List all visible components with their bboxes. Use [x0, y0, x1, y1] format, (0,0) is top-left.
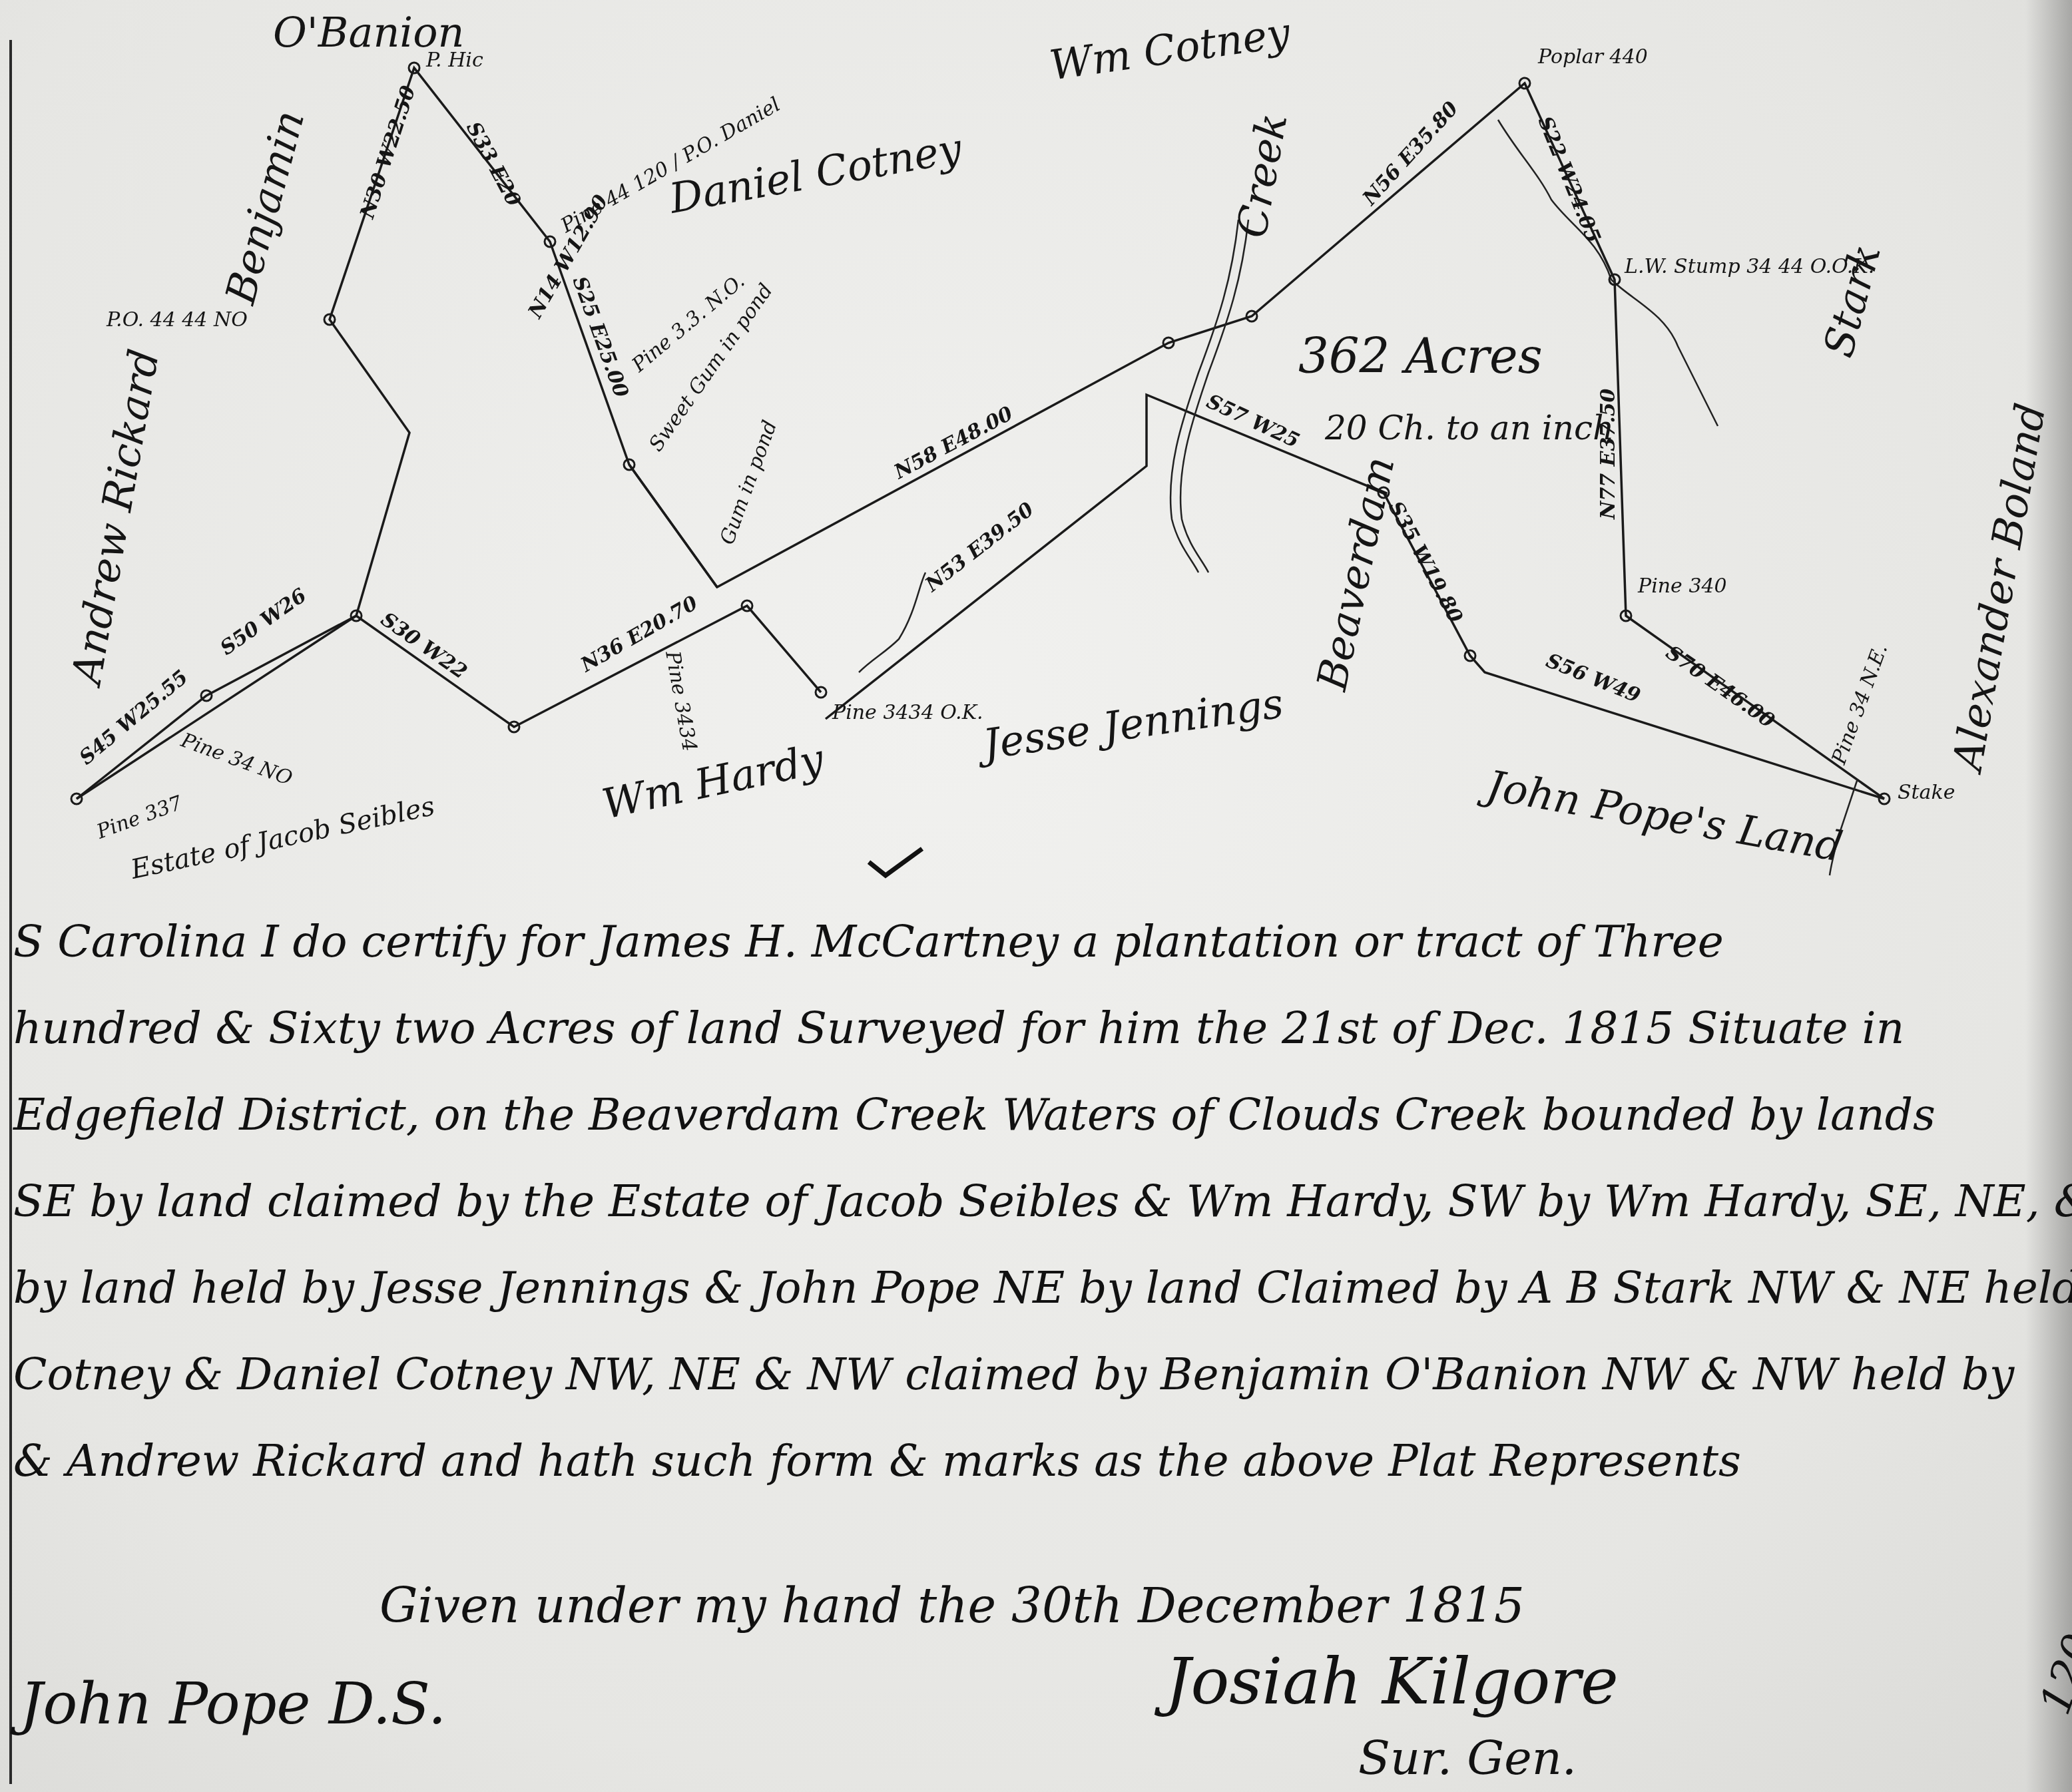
- certificate-line-6: Cotney & Daniel Cotney NW, NE & NW claim…: [13, 1331, 2024, 1418]
- document-page: O'Banion Benjamin Daniel Cotney Wm Cotne…: [0, 0, 2072, 1792]
- note-pine-337: Pine 337: [93, 791, 186, 844]
- call-9: N77 E37.50: [1597, 388, 1620, 520]
- call-5: N53 E39.50: [921, 498, 1039, 597]
- adjoiner-wm-hardy: Wm Hardy: [598, 734, 828, 829]
- surveyor-general-title: Sur. Gen.: [1358, 1731, 1577, 1785]
- note-pine-jennings: Pine 3434 O.K.: [832, 701, 983, 724]
- plat-drawing: O'Banion Benjamin Daniel Cotney Wm Cotne…: [0, 0, 2072, 879]
- checkmark-icon: [866, 845, 925, 879]
- certificate-line-4: SE by land claimed by the Estate of Jaco…: [13, 1158, 2024, 1245]
- note-benjamin-corner: P.O. 44 44 NO: [106, 308, 248, 332]
- adjoiner-alexander-boland: Alexander Boland: [1942, 399, 2055, 777]
- acreage-total: 362 Acres: [1298, 328, 1543, 384]
- call-7: S57 W25: [1203, 390, 1303, 453]
- note-poplar: Poplar 440: [1537, 45, 1648, 69]
- adjoiner-benjamin: Benjamin: [216, 105, 314, 310]
- call-16: S30 W22: [376, 608, 471, 684]
- certificate-line-3: Edgefield District, on the Beaverdam Cre…: [13, 1072, 2024, 1158]
- call-1: S33 E20: [461, 118, 525, 210]
- call-12: S70 E46.00: [1661, 641, 1778, 733]
- creek-label: Creek: [1227, 110, 1297, 242]
- note-pine-pond: Gum in pond: [716, 417, 782, 548]
- certificate-line-7: & Andrew Rickard and hath such form & ma…: [13, 1418, 2024, 1504]
- adjoiner-andrew-rickard: Andrew Rickard: [61, 345, 168, 690]
- note-pine-left: Pine 34 NO: [177, 728, 295, 790]
- acreage-scale: 20 Ch. to an inch: [1324, 409, 1614, 447]
- signature-deputy-surveyor: John Pope D.S.: [20, 1671, 446, 1737]
- note-pine-340: Pine 340: [1637, 574, 1727, 598]
- certificate-line-1: S Carolina I do certify for James H. McC…: [13, 899, 2024, 985]
- given-under-hand: Given under my hand the 30th December 18…: [380, 1578, 1525, 1634]
- note-lw-stump: L.W. Stump 34 44 O.O.K.: [1624, 255, 1874, 278]
- call-13: S56 W49: [1543, 649, 1644, 708]
- call-8: S35 W19.80: [1384, 497, 1467, 626]
- adjoiner-john-pope: John Pope's Land: [1476, 760, 1846, 871]
- certificate-line-5: by land held by Jesse Jennings & John Po…: [13, 1245, 2024, 1331]
- call-0: N30 W22.50: [356, 83, 421, 222]
- beaverdam-label: Beaverdam: [1307, 453, 1404, 695]
- note-stake: Stake: [1898, 781, 1955, 804]
- call-6: N58 E48.00: [890, 402, 1017, 485]
- call-10: N56 E35.80: [1358, 97, 1463, 210]
- adjoiner-wm-cotney: Wm Cotney: [1047, 8, 1294, 90]
- note-pine-hardy: Pine 3434: [660, 648, 701, 753]
- certificate-text: S Carolina I do certify for James H. McC…: [13, 899, 2024, 1504]
- signature-surveyor-general: Josiah Kilgore: [1165, 1644, 1619, 1719]
- note-top-corner: P. Hic: [425, 49, 483, 72]
- call-11: S22 W24.05: [1533, 113, 1605, 246]
- certificate-line-2: hundred & Sixty two Acres of land Survey…: [13, 985, 2024, 1072]
- note-pine-bottom-right: Pine 34 N.E.: [1827, 641, 1892, 768]
- adjoiner-jesse-jennings: Jesse Jennings: [973, 678, 1286, 770]
